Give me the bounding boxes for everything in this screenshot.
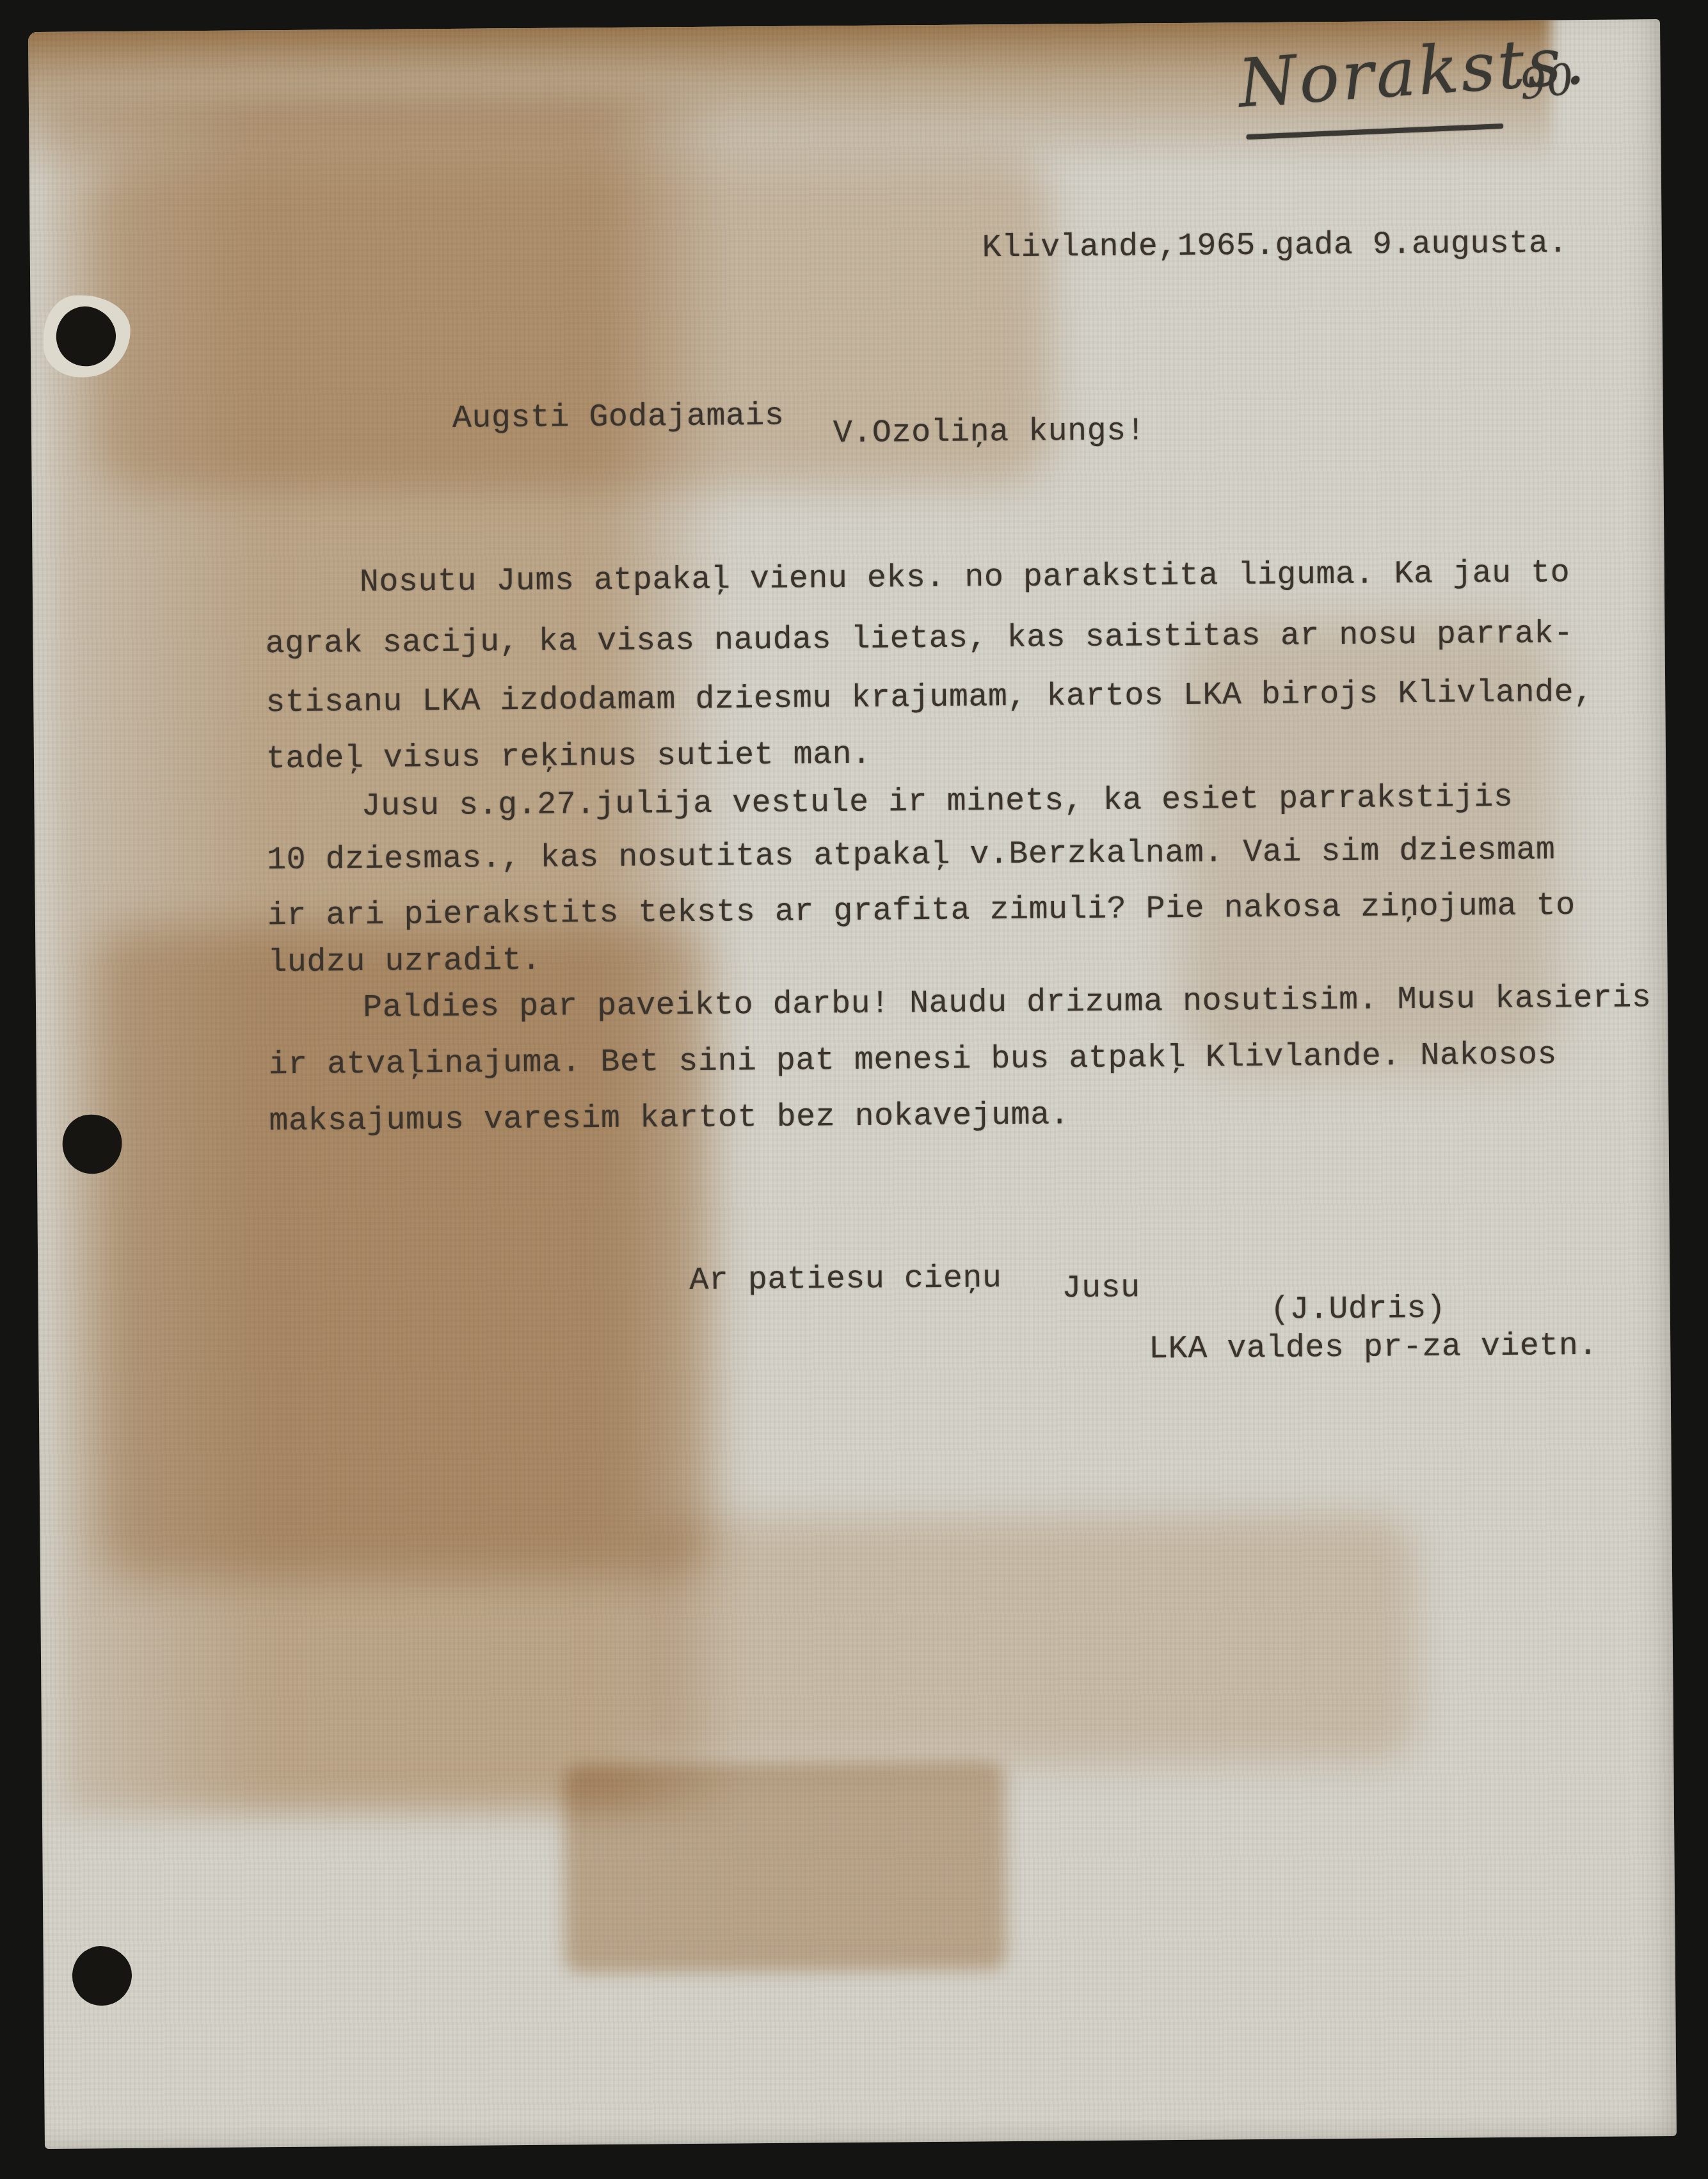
punch-hole-bottom: [70, 1944, 134, 2008]
body-line: maksajumus varesim kartot bez nokavejuma…: [269, 1099, 1069, 1138]
closing-yours: Jusu: [1062, 1272, 1140, 1305]
body-line: Jusu s.g.27.julija vestule ir minets, ka…: [266, 782, 1513, 824]
body-line: ludzu uzradit.: [267, 945, 541, 979]
body-line: agrak saciju, ka visas naudas lietas, ka…: [265, 618, 1573, 660]
body-line: Paldies par paveikto darbu! Naudu drizum…: [268, 982, 1652, 1025]
salutation-right: V.Ozoliņa kungs!: [833, 415, 1145, 450]
body-line: ir ari pierakstits teksts ar grafita zim…: [267, 890, 1576, 932]
stain-bottom-rectangle: [563, 1762, 1007, 1973]
body-line: stisanu LKA izdodamam dziesmu krajumam, …: [266, 677, 1593, 719]
closing-valediction: Ar patiesu cieņu: [689, 1263, 1002, 1297]
body-line: Nosutu Jums atpakaļ vienu eks. no paraks…: [265, 557, 1570, 600]
body-line: tadeļ visus reķinus sutiet man.: [266, 739, 872, 776]
closing-signer-title: LKA valdes pr-za vietn.: [1149, 1330, 1598, 1366]
handwritten-page-number: 90: [1517, 54, 1576, 109]
handwritten-underline: [1246, 124, 1503, 140]
body-line: ir atvaļinajuma. Bet sini pat menesi bus…: [269, 1039, 1558, 1082]
punch-hole-middle: [58, 1110, 126, 1178]
closing-signer-name: (J.Udris): [1270, 1293, 1446, 1327]
body-line: 10 dziesmas., kas nosutitas atpakaļ v.Be…: [267, 834, 1556, 877]
stain-lower-faint: [641, 1512, 1417, 1768]
dateline: Klivlande,1965.gada 9.augusta.: [982, 228, 1568, 264]
letter-page: Noraksts. 90 Klivlande,1965.gada 9.augus…: [28, 19, 1677, 2149]
salutation-left: Augsti Godajamais: [452, 401, 785, 435]
scanner-background: { "annotations": { "handwritten_label": …: [0, 0, 1708, 2179]
